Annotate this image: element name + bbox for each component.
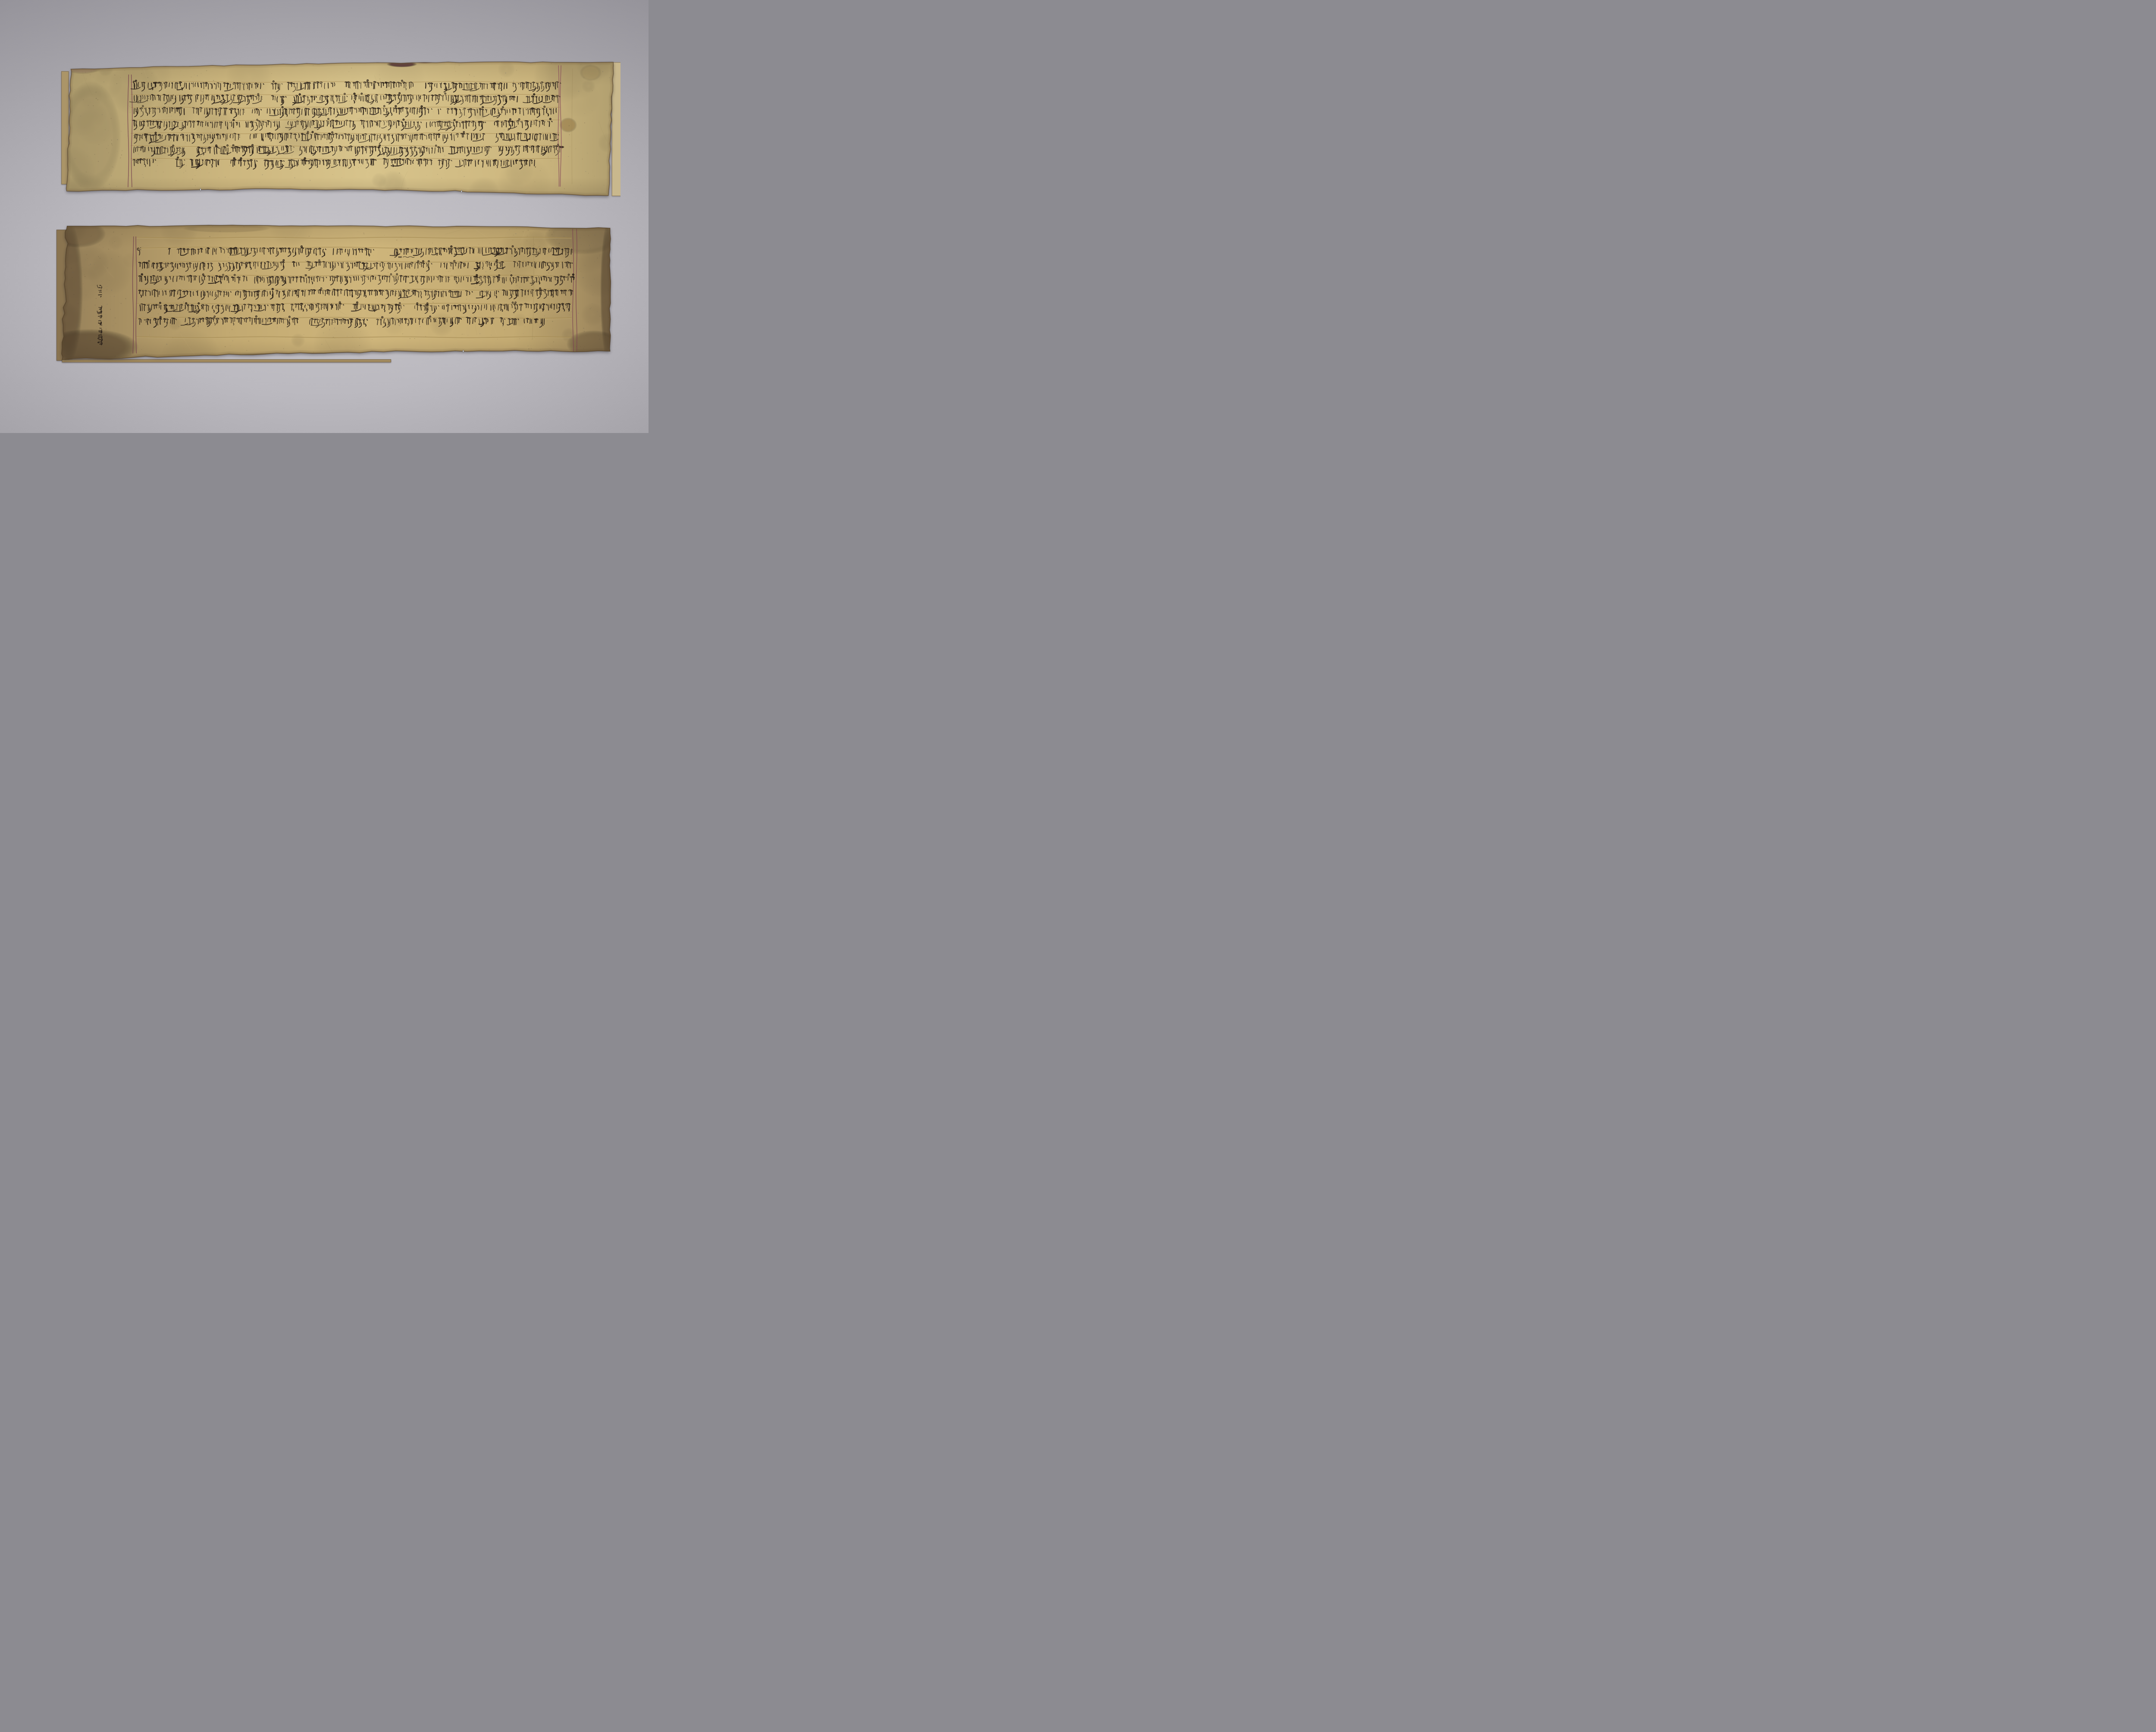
upper-folio-canvas xyxy=(60,53,620,205)
manuscript-photo xyxy=(0,0,649,433)
upper-folio xyxy=(60,53,620,205)
lower-folio-canvas xyxy=(55,216,617,367)
lower-folio xyxy=(55,216,617,367)
